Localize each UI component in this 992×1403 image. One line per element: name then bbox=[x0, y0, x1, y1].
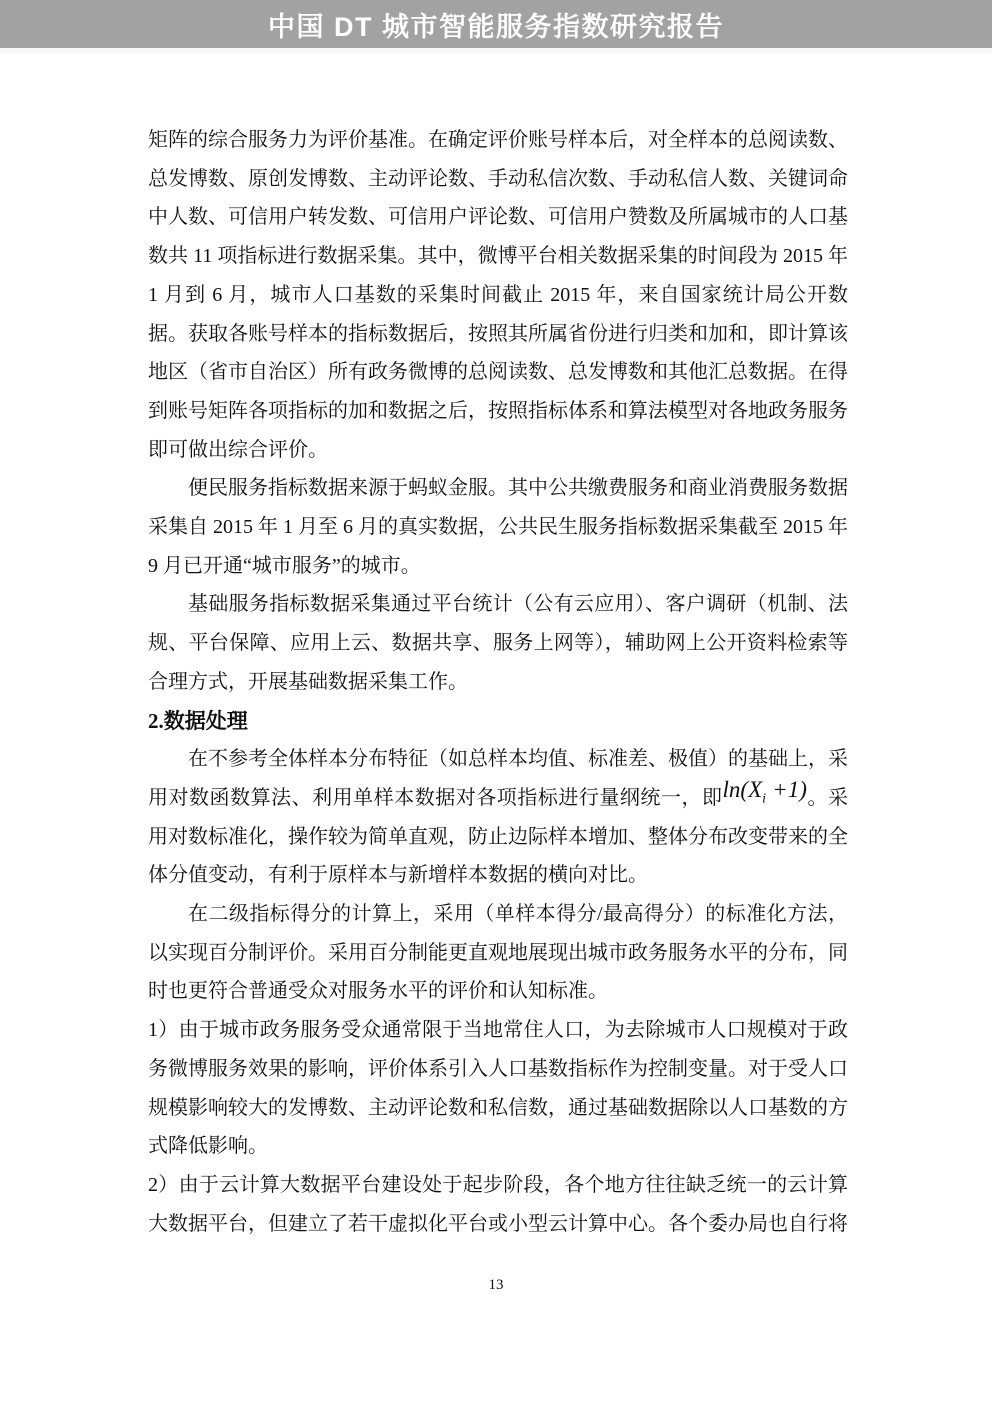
paragraph-indicator-data-collection: 矩阵的综合服务力为评价基准。在确定评价账号样本后，对全样本的总阅读数、总发博数、… bbox=[148, 121, 848, 469]
page-header-banner: 中国 DT 城市智能服务指数研究报告 bbox=[0, 0, 992, 48]
paragraph-note-2-cloud-platform: 2）由于云计算大数据平台建设处于起步阶段，各个地方往往缺乏统一的云计算大数据平台… bbox=[148, 1166, 848, 1243]
formula-ln-xi-plus-1: ln(Xi +1) bbox=[723, 777, 807, 802]
formula-open: (X bbox=[740, 777, 762, 802]
formula-close: +1) bbox=[766, 777, 807, 802]
formula-fn: ln bbox=[723, 777, 741, 802]
header-divider bbox=[0, 48, 992, 53]
paragraph-secondary-indicator-scoring: 在二级指标得分的计算上，采用（单样本得分/最高得分）的标准化方法，以实现百分制评… bbox=[148, 895, 848, 1011]
report-title: 中国 DT 城市智能服务指数研究报告 bbox=[268, 5, 724, 44]
paragraph-log-normalization: 在不参考全体样本分布特征（如总样本均值、标准差、极值）的基础上，采用对数函数算法… bbox=[148, 740, 848, 895]
document-page: 中国 DT 城市智能服务指数研究报告 矩阵的综合服务力为评价基准。在确定评价账号… bbox=[0, 0, 992, 1403]
section-heading-data-processing: 2.数据处理 bbox=[148, 702, 848, 741]
page-number: 13 bbox=[0, 1277, 992, 1294]
page-body: 矩阵的综合服务力为评价基准。在确定评价账号样本后，对全样本的总阅读数、总发博数、… bbox=[148, 121, 848, 1243]
paragraph-basic-service-data: 基础服务指标数据采集通过平台统计（公有云应用）、客户调研（机制、法规、平台保障、… bbox=[148, 585, 848, 701]
paragraph-note-1-population-base: 1）由于城市政务服务受众通常限于当地常住人口，为去除城市人口规模对于政务微博服务… bbox=[148, 1011, 848, 1166]
paragraph-convenience-service-data: 便民服务指标数据来源于蚂蚁金服。其中公共缴费服务和商业消费服务数据采集自 201… bbox=[148, 469, 848, 585]
